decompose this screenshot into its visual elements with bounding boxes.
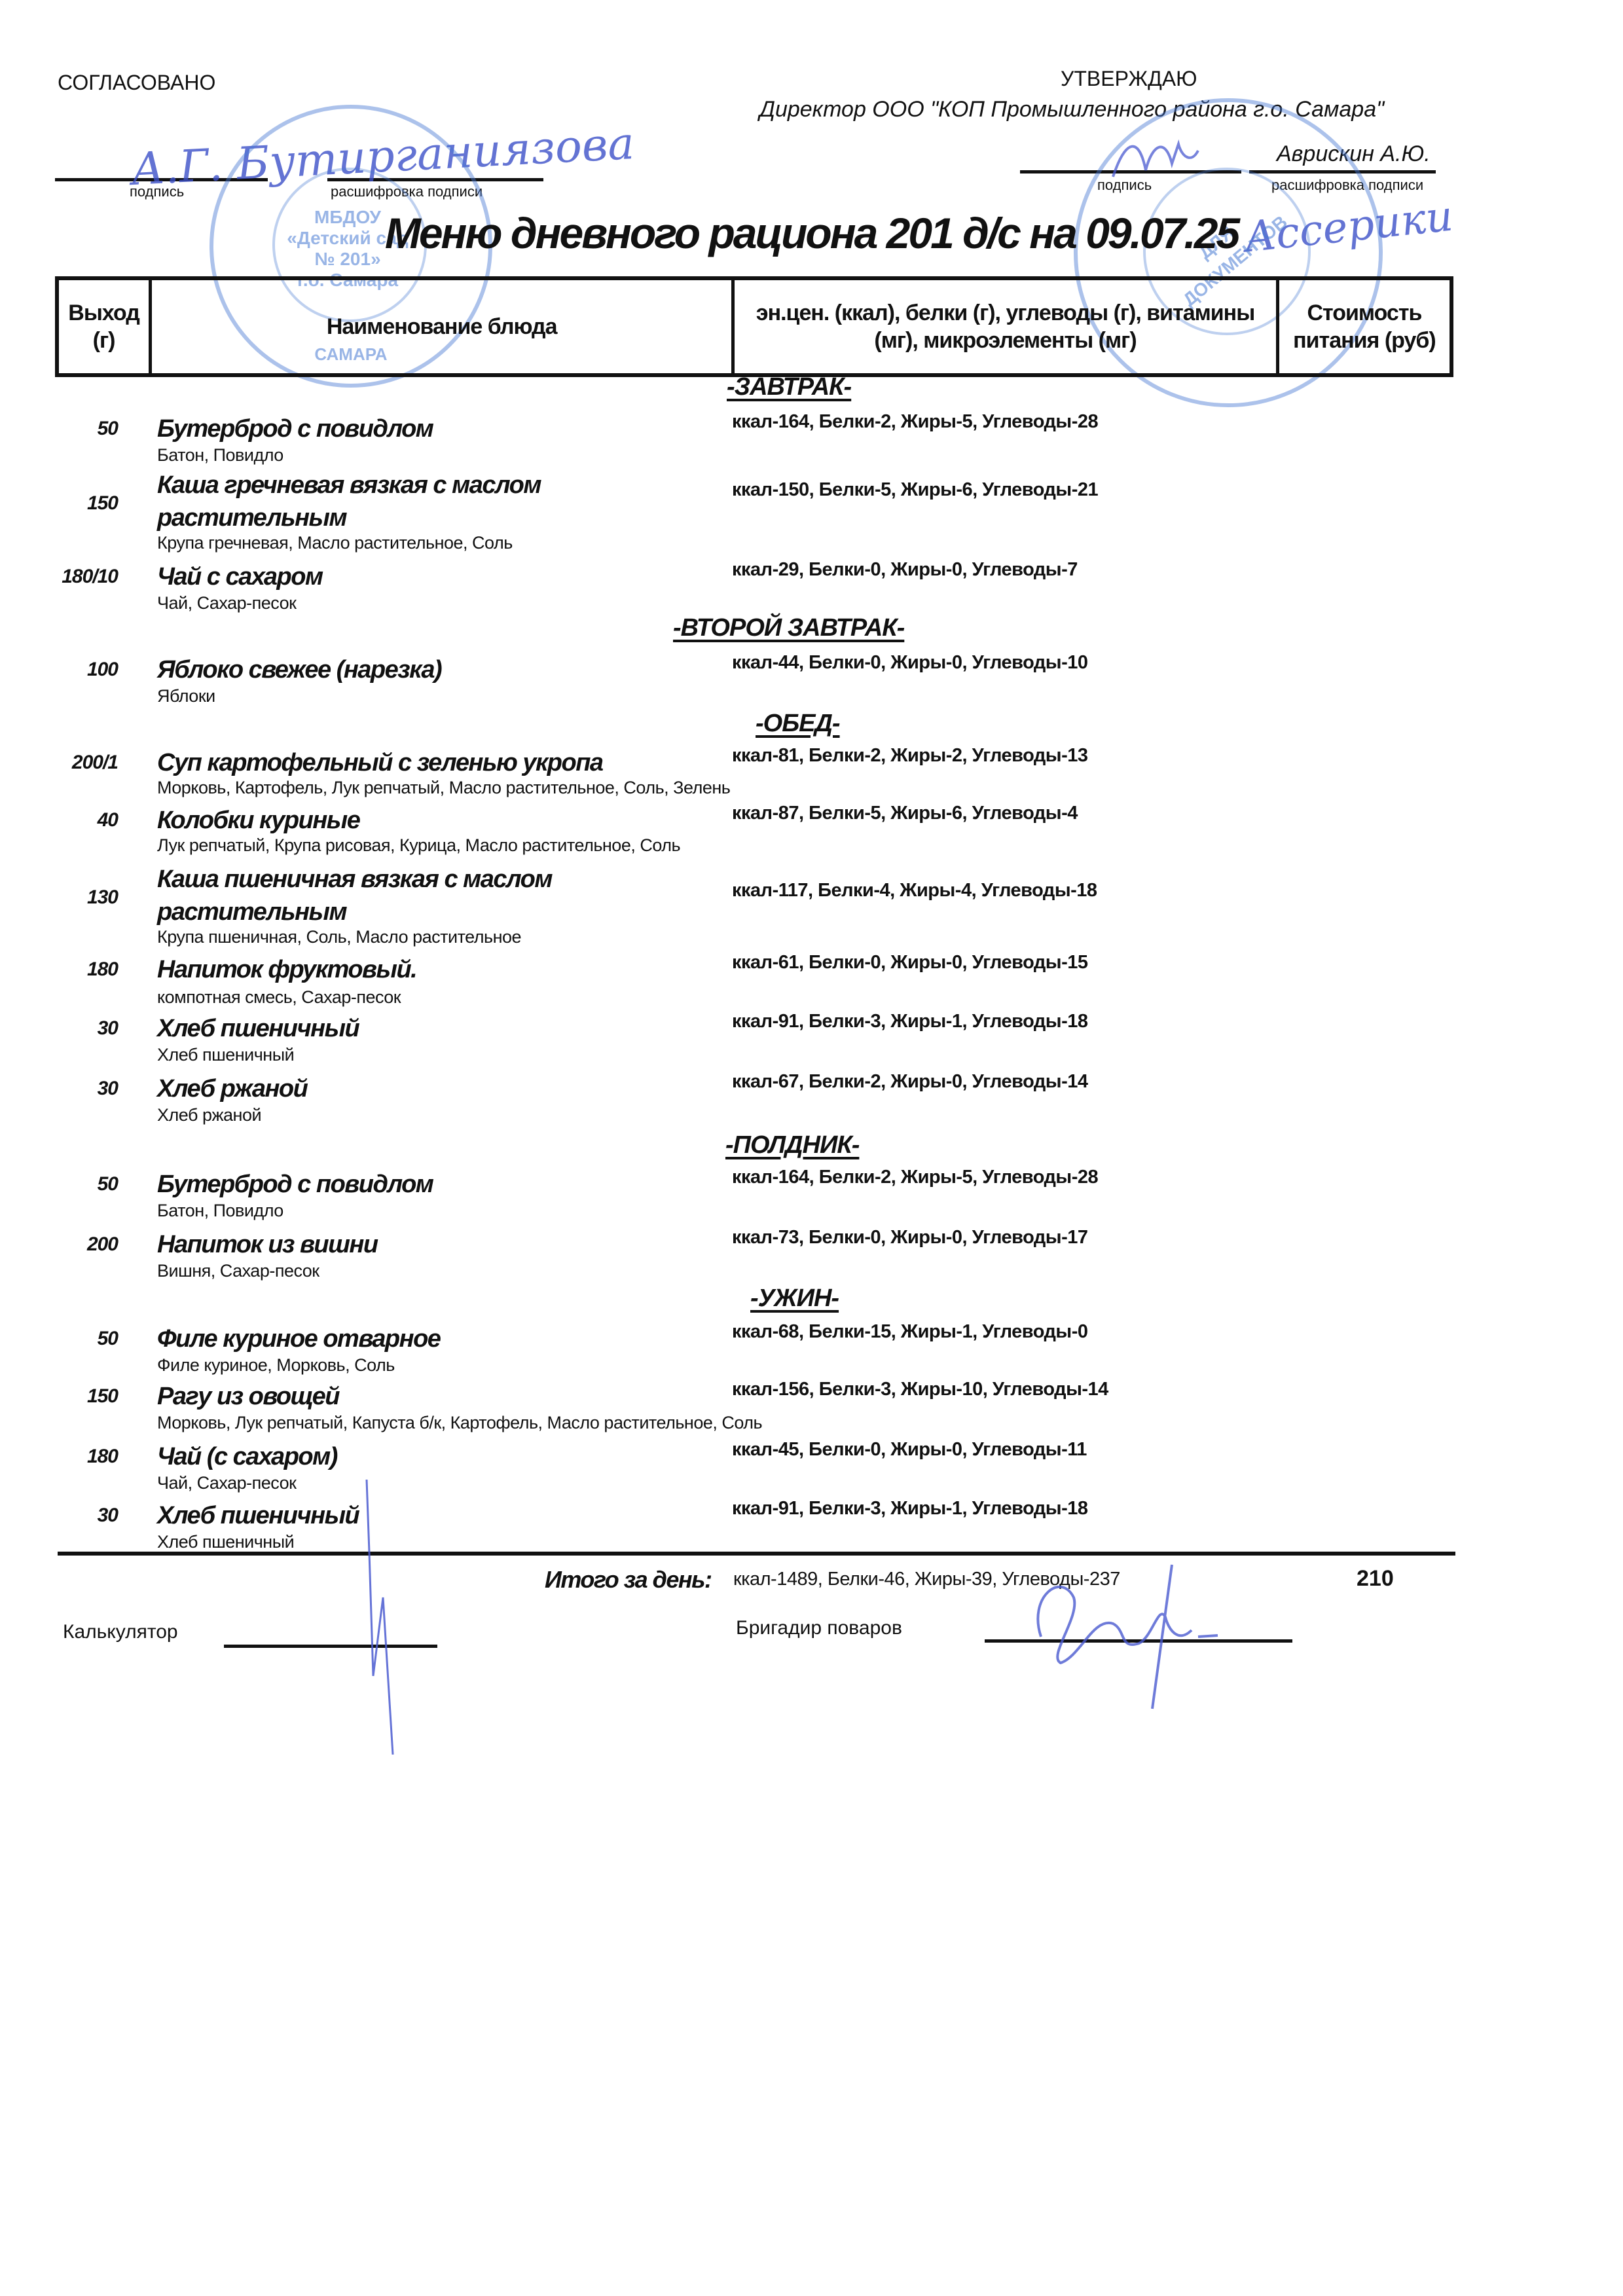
- calculator-label: Калькулятор: [63, 1621, 178, 1643]
- item-ingredients: Морковь, Картофель, Лук репчатый, Масло …: [157, 778, 730, 798]
- item-ingredients: Крупа гречневая, Масло растительное, Сол…: [157, 533, 513, 553]
- item-nutrition: ккал-91, Белки-3, Жиры-1, Углеводы-18: [732, 1011, 1088, 1032]
- item-yield: 50: [0, 1173, 118, 1195]
- item-yield: 150: [0, 1385, 118, 1408]
- item-nutrition: ккал-91, Белки-3, Жиры-1, Углеводы-18: [732, 1498, 1088, 1520]
- item-nutrition: ккал-156, Белки-3, Жиры-10, Углеводы-14: [732, 1379, 1108, 1400]
- item-ingredients: компотная смесь, Сахар-песок: [157, 987, 401, 1008]
- totals-label: Итого за день:: [545, 1566, 712, 1594]
- item-ingredients: Чай, Сахар-песок: [157, 1473, 296, 1493]
- item-yield: 30: [0, 1504, 118, 1527]
- item-dish-name: Суп картофельный с зеленью укропа: [157, 746, 694, 779]
- section-title-breakfast: -ЗАВТРАК-: [727, 373, 851, 401]
- item-dish-name: Каша пшеничная вязкая с маслом раститель…: [157, 863, 576, 928]
- section-title-dinner: -УЖИН-: [750, 1285, 839, 1313]
- item-dish-name: Филе куриное отварное: [157, 1322, 694, 1355]
- item-yield: 30: [0, 1017, 118, 1040]
- approve-label: УТВЕРЖДАЮ: [1061, 67, 1197, 91]
- col-cost-header: Стоимость питания (руб): [1277, 278, 1451, 375]
- item-yield: 200: [0, 1233, 118, 1256]
- item-nutrition: ккал-164, Белки-2, Жиры-5, Углеводы-28: [732, 411, 1098, 433]
- item-ingredients: Батон, Повидло: [157, 1201, 283, 1221]
- section-title-afternoon-snack: -ПОЛДНИК-: [725, 1131, 859, 1159]
- item-yield: 130: [0, 886, 118, 909]
- item-dish-name: Бутерброд с повидлом: [157, 1168, 694, 1201]
- item-ingredients: Крупа пшеничная, Соль, Масло растительно…: [157, 927, 521, 947]
- chef-label: Бригадир поваров: [736, 1617, 902, 1639]
- item-ingredients: Морковь, Лук репчатый, Капуста б/к, Карт…: [157, 1413, 762, 1433]
- item-ingredients: Вишня, Сахар-песок: [157, 1261, 319, 1281]
- item-dish-name: Хлеб пшеничный: [157, 1012, 694, 1045]
- item-ingredients: Хлеб пшеничный: [157, 1532, 294, 1552]
- item-nutrition: ккал-44, Белки-0, Жиры-0, Углеводы-10: [732, 652, 1088, 674]
- item-dish-name: Напиток из вишни: [157, 1228, 694, 1261]
- item-yield: 50: [0, 418, 118, 440]
- item-ingredients: Батон, Повидло: [157, 445, 283, 465]
- item-yield: 100: [0, 659, 118, 681]
- item-nutrition: ккал-61, Белки-0, Жиры-0, Углеводы-15: [732, 952, 1088, 974]
- item-ingredients: Яблоки: [157, 686, 215, 706]
- item-yield: 30: [0, 1078, 118, 1100]
- item-ingredients: Лук репчатый, Крупа рисовая, Курица, Мас…: [157, 835, 680, 856]
- item-ingredients: Хлеб пшеничный: [157, 1045, 294, 1065]
- item-ingredients: Чай, Сахар-песок: [157, 593, 296, 613]
- item-ingredients: Хлеб ржаной: [157, 1105, 261, 1125]
- menu-table-header: Выход (г) Наименование блюда эн.цен. (кк…: [55, 276, 1453, 377]
- item-nutrition: ккал-164, Белки-2, Жиры-5, Углеводы-28: [732, 1167, 1098, 1188]
- calculator-signature-icon: [354, 1467, 432, 1755]
- item-nutrition: ккал-45, Белки-0, Жиры-0, Углеводы-11: [732, 1439, 1087, 1461]
- item-yield: 180: [0, 958, 118, 981]
- item-yield: 200/1: [0, 752, 118, 774]
- page-title: Меню дневного рациона 201 д/с на 09.07.2…: [0, 208, 1623, 258]
- approver-signature-icon: [1106, 124, 1205, 196]
- col-yield-header: Выход (г): [57, 278, 151, 375]
- chef-signature-icon: [1021, 1558, 1257, 1715]
- item-nutrition: ккал-67, Белки-2, Жиры-0, Углеводы-14: [732, 1071, 1088, 1093]
- section-title-lunch: -ОБЕД-: [756, 710, 840, 738]
- item-yield: 40: [0, 809, 118, 831]
- item-yield: 50: [0, 1328, 118, 1350]
- item-nutrition: ккал-150, Белки-5, Жиры-6, Углеводы-21: [732, 479, 1098, 501]
- item-ingredients: Филе куриное, Морковь, Соль: [157, 1355, 395, 1376]
- item-yield: 150: [0, 492, 118, 515]
- item-dish-name: Хлеб ржаной: [157, 1072, 694, 1105]
- item-dish-name: Чай с сахаром: [157, 560, 694, 593]
- item-nutrition: ккал-68, Белки-15, Жиры-1, Углеводы-0: [732, 1321, 1088, 1343]
- item-nutrition: ккал-29, Белки-0, Жиры-0, Углеводы-7: [732, 559, 1078, 581]
- item-nutrition: ккал-73, Белки-0, Жиры-0, Углеводы-17: [732, 1227, 1088, 1248]
- item-yield: 180/10: [0, 566, 118, 588]
- item-nutrition: ккал-87, Белки-5, Жиры-6, Углеводы-4: [732, 803, 1078, 824]
- item-dish-name: Каша гречневая вязкая с маслом раститель…: [157, 469, 576, 534]
- totals-cost: 210: [1357, 1566, 1394, 1592]
- totals-divider: [58, 1552, 1455, 1556]
- item-dish-name: Яблоко свежее (нарезка): [157, 653, 694, 686]
- section-title-second-breakfast: -ВТОРОЙ ЗАВТРАК-: [673, 614, 904, 642]
- item-nutrition: ккал-81, Белки-2, Жиры-2, Углеводы-13: [732, 745, 1088, 767]
- item-yield: 180: [0, 1446, 118, 1468]
- item-dish-name: Колобки куриные: [157, 804, 694, 837]
- col-nutrition-header: эн.цен. (ккал), белки (г), углеводы (г),…: [733, 278, 1278, 375]
- item-dish-name: Бутерброд с повидлом: [157, 412, 694, 445]
- item-nutrition: ккал-117, Белки-4, Жиры-4, Углеводы-18: [732, 880, 1097, 902]
- item-dish-name: Рагу из овощей: [157, 1380, 694, 1413]
- agreed-label: СОГЛАСОВАНО: [58, 71, 215, 95]
- col-dish-header: Наименование блюда: [151, 278, 733, 375]
- item-dish-name: Напиток фруктовый.: [157, 953, 694, 986]
